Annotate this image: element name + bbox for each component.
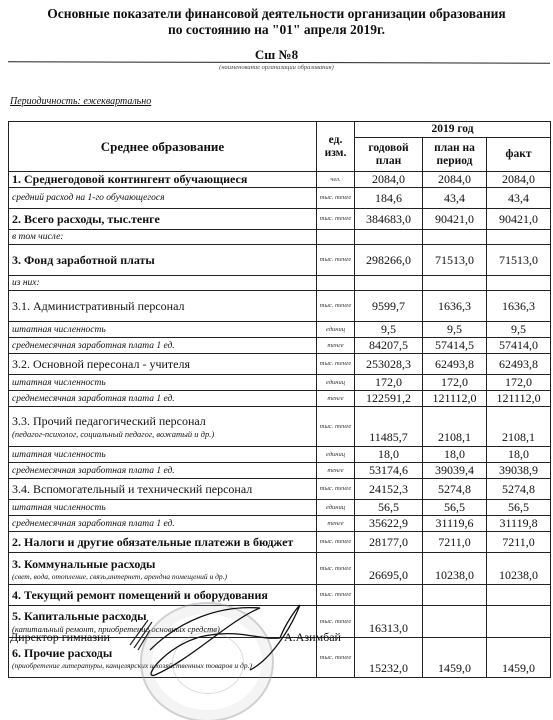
row-label-text: штатная численность	[12, 450, 106, 460]
table-row: штатная численностьединиц18,018,018,0	[9, 447, 551, 463]
period-plan-value: 9,5	[423, 322, 487, 338]
fact-value: 10238,0	[487, 553, 551, 585]
header-fact: факт	[487, 138, 551, 172]
row-unit: тенге	[317, 463, 355, 479]
table-row: 3. Коммунальные расходы(свет, вода, отоп…	[9, 553, 551, 585]
row-label: из них:	[9, 276, 317, 291]
annual-plan-value: 184,6	[355, 188, 423, 209]
fact-value: 57414,0	[487, 338, 551, 354]
period-plan-value: 10238,0	[423, 553, 487, 585]
row-label: 3.3. Прочий педагогический персонал(педа…	[9, 407, 317, 447]
table-row: 3.2. Основной пересонал - учителятыс. те…	[9, 354, 551, 375]
periodicity: Периодичность: ежеквартально	[10, 96, 151, 107]
row-label: 3.4. Вспомогательный и технический персо…	[9, 479, 317, 500]
row-label: 2. Всего расходы, тыс.тенге	[9, 209, 317, 230]
annual-plan-value: 16313,0	[355, 606, 423, 638]
fact-value: 1459,0	[487, 638, 551, 678]
row-label: среднемесячная заработная плата 1 ед.	[9, 463, 317, 479]
row-unit	[317, 230, 355, 245]
row-label-text: 2. Налоги и другие обязательные платежи …	[12, 535, 293, 549]
table-row: 3.3. Прочий педагогический персонал(педа…	[9, 407, 551, 447]
row-unit	[317, 276, 355, 291]
row-sublabel: (педагог-психолог, социальный педагог, в…	[12, 429, 313, 439]
annual-plan-value: 11485,7	[355, 407, 423, 447]
row-label-text: 3.2. Основной пересонал - учителя	[12, 357, 190, 371]
annual-plan-value	[355, 585, 423, 606]
row-label: штатная численность	[9, 500, 317, 516]
fact-value	[487, 230, 551, 245]
row-label: среднемесячная заработная плата 1 ед.	[9, 516, 317, 532]
annual-plan-value: 15232,0	[355, 638, 423, 678]
table-row: среднемесячная заработная плата 1 ед.тен…	[9, 516, 551, 532]
row-label: штатная численность	[9, 447, 317, 463]
table-row: 3.1. Административный персоналтыс. тенге…	[9, 291, 551, 322]
table-row: штатная численностьединиц9,59,59,5	[9, 322, 551, 338]
annual-plan-value: 53174,6	[355, 463, 423, 479]
annual-plan-value: 84207,5	[355, 338, 423, 354]
fact-value: 121112,0	[487, 391, 551, 407]
period-plan-value: 71513,0	[423, 245, 487, 276]
row-label-text: из них:	[12, 278, 40, 288]
period-plan-value	[423, 276, 487, 291]
row-label: среднемесячная заработная плата 1 ед.	[9, 391, 317, 407]
row-label-text: штатная численность	[12, 378, 106, 388]
row-label: штатная численность	[9, 322, 317, 338]
row-label-text: 2. Всего расходы, тыс.тенге	[12, 212, 160, 226]
row-label-text: 3. Фонд заработной платы	[12, 253, 155, 267]
annual-plan-value	[355, 276, 423, 291]
row-label-text: средний расход на 1-го обучающегося	[12, 193, 165, 203]
annual-plan-value: 18,0	[355, 447, 423, 463]
row-label-text: 3. Коммунальные расходы	[12, 557, 155, 571]
row-label: 1. Среднегодовой контингент обучающиеся	[9, 172, 317, 188]
table-row: средний расход на 1-го обучающегосятыс. …	[9, 188, 551, 209]
header-unit: ед. изм.	[317, 122, 355, 172]
row-label-text: среднемесячная заработная плата 1 ед.	[12, 394, 175, 404]
period-plan-value: 90421,0	[423, 209, 487, 230]
annual-plan-value: 384683,0	[355, 209, 423, 230]
annual-plan-value: 24152,3	[355, 479, 423, 500]
row-unit: тыс. тенге	[317, 188, 355, 209]
row-sublabel: (свет, вода, отопление, связь,интернет, …	[12, 572, 313, 581]
fact-value: 2084,0	[487, 172, 551, 188]
fact-value: 56,5	[487, 500, 551, 516]
row-label-text: среднемесячная заработная плата 1 ед.	[12, 466, 175, 476]
fact-value: 62493,8	[487, 354, 551, 375]
table-row: 1. Среднегодовой контингент обучающиесяч…	[9, 172, 551, 188]
signature-position: Директор гимназии	[10, 630, 110, 645]
annual-plan-value: 35622,9	[355, 516, 423, 532]
annual-plan-value: 56,5	[355, 500, 423, 516]
row-label: в том числе:	[9, 230, 317, 245]
row-unit: тенге	[317, 516, 355, 532]
fact-value: 7211,0	[487, 532, 551, 553]
table-row: из них:	[9, 276, 551, 291]
annual-plan-value: 28177,0	[355, 532, 423, 553]
row-unit: тыс. тенге	[317, 407, 355, 447]
fact-value: 9,5	[487, 322, 551, 338]
document-title: Основные показатели финансовой деятельно…	[0, 6, 553, 38]
row-label-text: 6. Прочие расходы	[12, 646, 112, 660]
fact-value: 18,0	[487, 447, 551, 463]
row-label: штатная численность	[9, 375, 317, 391]
fact-value: 71513,0	[487, 245, 551, 276]
row-unit: единиц	[317, 500, 355, 516]
period-plan-value: 56,5	[423, 500, 487, 516]
period-plan-value: 62493,8	[423, 354, 487, 375]
row-unit: тенге	[317, 391, 355, 407]
period-plan-value: 57414,5	[423, 338, 487, 354]
header-name: Среднее образование	[9, 122, 317, 172]
period-plan-value: 7211,0	[423, 532, 487, 553]
table-row: 3.4. Вспомогательный и технический персо…	[9, 479, 551, 500]
period-plan-value: 43,4	[423, 188, 487, 209]
row-label: 3.2. Основной пересонал - учителя	[9, 354, 317, 375]
period-plan-value: 18,0	[423, 447, 487, 463]
period-plan-value	[423, 230, 487, 245]
table-row: среднемесячная заработная плата 1 ед.тен…	[9, 338, 551, 354]
row-label: 3. Коммунальные расходы(свет, вода, отоп…	[9, 553, 317, 585]
row-unit: тыс. тенге	[317, 532, 355, 553]
row-label-text: штатная численность	[12, 325, 106, 335]
row-label-text: 1. Среднегодовой контингент обучающиеся	[12, 172, 247, 186]
period-plan-value: 5274,8	[423, 479, 487, 500]
fact-value	[487, 585, 551, 606]
financial-indicators-table: Среднее образование ед. изм. 2019 год го…	[8, 121, 551, 678]
annual-plan-value: 122591,2	[355, 391, 423, 407]
row-label-text: штатная численность	[12, 503, 106, 513]
signer-name: А.Азимбай	[284, 630, 341, 645]
header-period-plan: план на период	[423, 138, 487, 172]
table-row: среднемесячная заработная плата 1 ед.тен…	[9, 391, 551, 407]
row-unit: тыс. тенге	[317, 245, 355, 276]
fact-value	[487, 276, 551, 291]
row-label-text: среднемесячная заработная плата 1 ед.	[12, 341, 175, 351]
period-plan-value: 2108,1	[423, 407, 487, 447]
row-unit: тыс. тенге	[317, 291, 355, 322]
table-row: 2. Налоги и другие обязательные платежи …	[9, 532, 551, 553]
annual-plan-value: 9,5	[355, 322, 423, 338]
row-unit: тыс. тенге	[317, 585, 355, 606]
row-unit: чел.	[317, 172, 355, 188]
title-line-1: Основные показатели финансовой деятельно…	[0, 6, 553, 22]
fact-value: 90421,0	[487, 209, 551, 230]
fact-value	[487, 606, 551, 638]
row-unit: тенге	[317, 338, 355, 354]
fact-value: 5274,8	[487, 479, 551, 500]
table-row: штатная численностьединиц56,556,556,5	[9, 500, 551, 516]
table-row: в том числе:	[9, 230, 551, 245]
fact-value: 1636,3	[487, 291, 551, 322]
period-plan-value: 1459,0	[423, 638, 487, 678]
row-label: средний расход на 1-го обучающегося	[9, 188, 317, 209]
fact-value: 31119,8	[487, 516, 551, 532]
row-label-text: 3.4. Вспомогательный и технический персо…	[12, 482, 252, 496]
row-unit: тыс. тенге	[317, 553, 355, 585]
annual-plan-value: 298266,0	[355, 245, 423, 276]
header-annual-plan: годовой план	[355, 138, 423, 172]
row-unit: единиц	[317, 322, 355, 338]
period-plan-value: 1636,3	[423, 291, 487, 322]
row-label-text: в том числе:	[12, 232, 63, 242]
row-label: 2. Налоги и другие обязательные платежи …	[9, 532, 317, 553]
row-label: 3.1. Административный персонал	[9, 291, 317, 322]
fact-value: 39038,9	[487, 463, 551, 479]
annual-plan-value: 9599,7	[355, 291, 423, 322]
row-unit: единиц	[317, 375, 355, 391]
row-unit: тыс. тенге	[317, 209, 355, 230]
table-row: штатная численностьединиц172,0172,0172,0	[9, 375, 551, 391]
fact-value: 2108,1	[487, 407, 551, 447]
fact-value: 172,0	[487, 375, 551, 391]
period-plan-value: 172,0	[423, 375, 487, 391]
row-unit: тыс. тенге	[317, 479, 355, 500]
row-label-text: 3.3. Прочий педагогический персонал	[12, 414, 206, 428]
annual-plan-value: 253028,3	[355, 354, 423, 375]
organization-caption: (наименование организации образования)	[0, 64, 553, 71]
annual-plan-value	[355, 230, 423, 245]
annual-plan-value: 2084,0	[355, 172, 423, 188]
row-unit: тыс. тенге	[317, 354, 355, 375]
period-plan-value: 39039,4	[423, 463, 487, 479]
title-line-2: по состоянию на "01" апреля 2019г.	[0, 22, 553, 38]
annual-plan-value: 26695,0	[355, 553, 423, 585]
row-label: среднемесячная заработная плата 1 ед.	[9, 338, 317, 354]
table-row: 2. Всего расходы, тыс.тенгетыс. тенге384…	[9, 209, 551, 230]
period-plan-value	[423, 585, 487, 606]
fact-value: 43,4	[487, 188, 551, 209]
row-label: 3. Фонд заработной платы	[9, 245, 317, 276]
row-label-text: среднемесячная заработная плата 1 ед.	[12, 519, 175, 529]
row-label-text: 3.1. Административный персонал	[12, 299, 185, 313]
period-plan-value	[423, 606, 487, 638]
table-row: 3. Фонд заработной платытыс. тенге298266…	[9, 245, 551, 276]
row-unit: единиц	[317, 447, 355, 463]
table-row: среднемесячная заработная плата 1 ед.тен…	[9, 463, 551, 479]
header-year: 2019 год	[355, 122, 551, 138]
annual-plan-value: 172,0	[355, 375, 423, 391]
period-plan-value: 121112,0	[423, 391, 487, 407]
period-plan-value: 31119,6	[423, 516, 487, 532]
period-plan-value: 2084,0	[423, 172, 487, 188]
signature-scribble	[100, 600, 310, 680]
